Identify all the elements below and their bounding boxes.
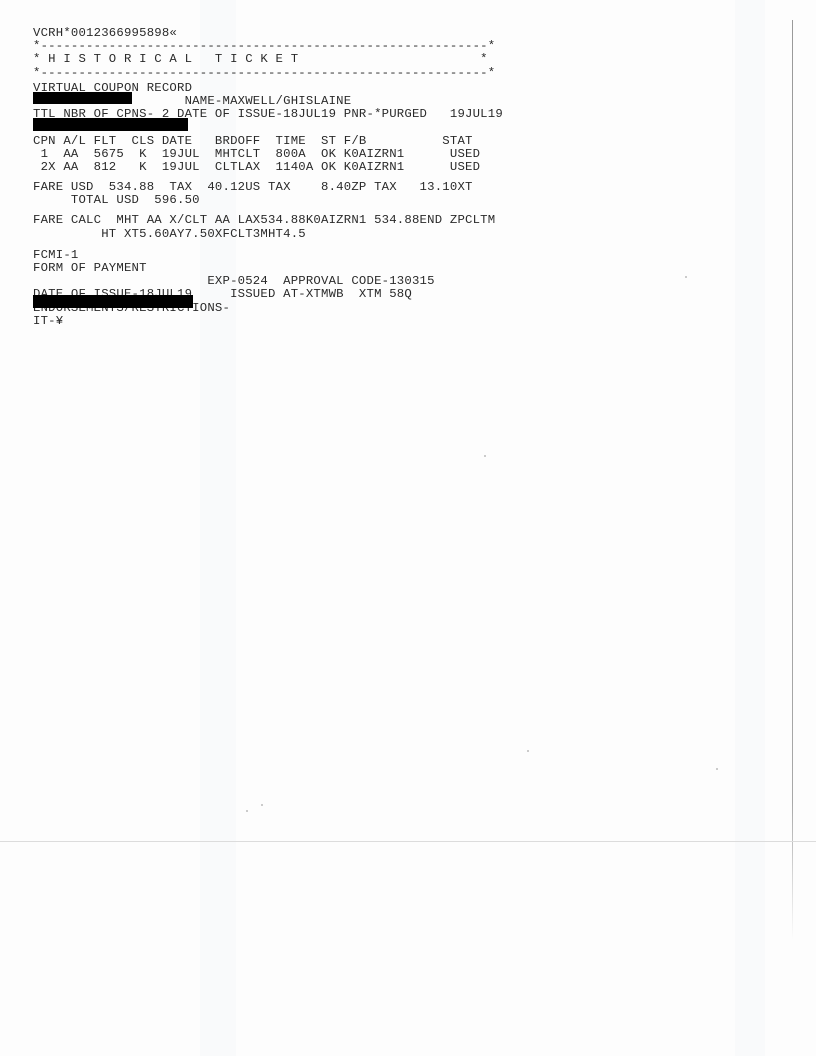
scanned-page: VCRH*0012366995898« *-------------------… — [0, 0, 816, 1056]
fare-calc-line-1: FARE CALC MHT AA X/CLT AA LAX534.88K0AIZ… — [33, 214, 503, 227]
fare-total: TOTAL USD 596.50 — [33, 194, 503, 207]
ticket-record: VCRH*0012366995898« *-------------------… — [33, 27, 503, 328]
document-title: * H I S T O R I C A L T I C K E T * — [33, 53, 503, 66]
border-bottom: *---------------------------------------… — [33, 67, 503, 80]
scan-speck — [246, 810, 248, 812]
fare-calc-line-2: HT XT5.60AY7.50XFCLT3MHT4.5 — [33, 228, 503, 241]
scan-speck — [685, 276, 687, 278]
redaction-bar — [33, 118, 188, 131]
fold-line — [0, 841, 816, 842]
scan-speck — [261, 804, 263, 806]
scan-speck — [484, 455, 486, 457]
coupon-table-header: CPN A/L FLT CLS DATE BRDOFF TIME ST F/B … — [33, 135, 503, 148]
scan-speck — [527, 750, 529, 752]
it-line: IT-¥ — [33, 315, 503, 328]
coupon-row: 1 AA 5675 K 19JUL MHTCLT 800A OK K0AIZRN… — [33, 148, 503, 161]
page-edge-line — [792, 20, 793, 940]
scan-speck — [716, 768, 718, 770]
redaction-bar — [33, 92, 132, 104]
redaction-bar — [33, 295, 193, 308]
scan-artifact-band — [735, 0, 765, 1056]
coupon-row: 2X AA 812 K 19JUL CLTLAX 1140A OK K0AIZR… — [33, 161, 503, 174]
